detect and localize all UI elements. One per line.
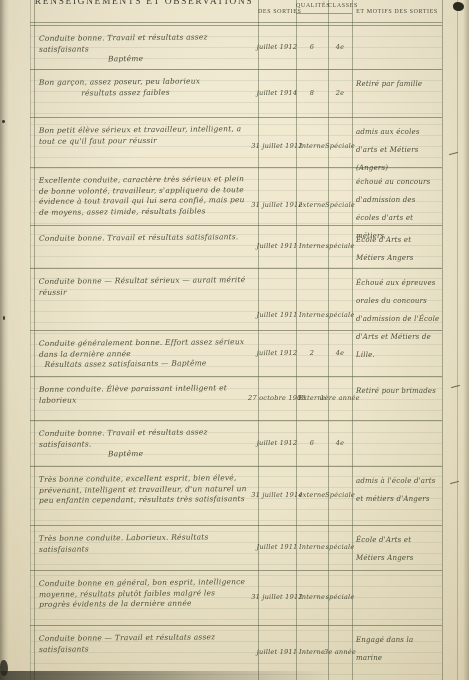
sortie-motif-text: Retiré par famille bbox=[356, 80, 422, 88]
classe-text: Spéciale bbox=[325, 491, 355, 500]
qualite-text: 6 bbox=[310, 439, 314, 448]
observation-text: Conduite bonne — Résultat sérieux — aura… bbox=[39, 275, 248, 298]
observations-cell: Conduite bonne. Travail et résultats ass… bbox=[30, 420, 258, 467]
scan-left-edge-shadow bbox=[0, 0, 9, 680]
sortie-motif-text: École d'Arts et Métiers Angers bbox=[356, 236, 414, 262]
sortie-date-text: juillet 1912 bbox=[257, 349, 297, 358]
sortie-date-text: Juillet 1911 bbox=[256, 543, 297, 552]
sortie-motif-cell: École d'Arts et Métiers Angers bbox=[352, 526, 442, 570]
sortie-date-cell: 27 octobre 1908 bbox=[258, 377, 296, 420]
classe-text: Spéciale bbox=[325, 201, 355, 210]
sortie-motif-text: École d'Arts et Métiers Angers bbox=[356, 536, 414, 562]
sortie-date-cell: juillet 1914 bbox=[258, 70, 296, 117]
classe-text: 4e bbox=[336, 439, 345, 448]
sortie-motif-text: admis à l'école d'arts et métiers d'Ange… bbox=[356, 477, 436, 503]
qualites-column-header: QUALITÉS bbox=[296, 3, 328, 9]
observations-cell: Conduite bonne — Travail et résultats as… bbox=[30, 625, 258, 680]
classes-column-header: CLASSES bbox=[328, 3, 352, 9]
sortie-motif-cell bbox=[352, 571, 442, 625]
table-row: Conduite bonne. Travail et résultats ass… bbox=[30, 421, 442, 467]
table-row: Conduite bonne en général, bon esprit, i… bbox=[30, 571, 442, 626]
classe-cell: Spéciale bbox=[328, 118, 352, 175]
sortie-date-cell: 31 juillet 1912 bbox=[258, 118, 296, 175]
sortie-date-cell: 31 juillet 1912 bbox=[258, 571, 296, 625]
classe-text: spéciale bbox=[326, 311, 355, 320]
classe-cell: 4e bbox=[328, 331, 352, 376]
qualite-cell: 6 bbox=[296, 421, 328, 466]
table-row: Conduite bonne. Travail et résultats sat… bbox=[30, 226, 442, 269]
classe-text: spéciale bbox=[326, 543, 355, 552]
scan-right-edge-shadow bbox=[463, 0, 469, 680]
observations-cell: Bon garçon, assez poseur, peu laborieuxr… bbox=[30, 69, 258, 118]
table-row: Bon garçon, assez poseur, peu laborieuxr… bbox=[30, 70, 442, 118]
sortie-motif-cell: Retiré par famille bbox=[352, 70, 442, 117]
classe-cell: Spéciale bbox=[328, 467, 352, 525]
sortie-date-text: Juillet 1911 bbox=[256, 242, 297, 251]
sortie-date-text: juillet 1912 bbox=[257, 439, 297, 448]
qualite-cell: Interne bbox=[296, 226, 328, 268]
classe-cell: spéciale bbox=[328, 526, 352, 570]
observations-column-header: RENSEIGNEMENTS ET OBSERVATIONS bbox=[30, 0, 258, 7]
observations-cell: Bonne conduite. Élève paraissant intelli… bbox=[30, 376, 258, 421]
sortie-motif-cell: admis aux écoles d'arts et Métiers (Ange… bbox=[352, 118, 442, 175]
observation-text: Bonne conduite. Élève paraissant intelli… bbox=[39, 383, 248, 406]
header-sub-rule bbox=[296, 13, 352, 14]
dates-column-header: DES SORTIES bbox=[258, 9, 296, 15]
observation-text: Bon petit élève sérieux et travailleur, … bbox=[39, 124, 248, 147]
qualite-text: externe bbox=[299, 491, 326, 500]
observation-text: Conduite bonne. Travail et résultats ass… bbox=[39, 32, 248, 55]
qualite-text: 2 bbox=[310, 349, 314, 358]
table-row: Très bonne conduite. Laborieux. Résultat… bbox=[30, 526, 442, 571]
table-header: RENSEIGNEMENTS ET OBSERVATIONS DES SORTI… bbox=[0, 0, 469, 26]
observations-cell: Très bonne conduite, excellent esprit, b… bbox=[30, 466, 258, 526]
register-page: RENSEIGNEMENTS ET OBSERVATIONS DES SORTI… bbox=[0, 0, 469, 680]
motifs-column-header: ET MOTIFS DES SORTIES bbox=[352, 9, 442, 15]
qualite-text: Interne bbox=[299, 311, 325, 320]
classe-text: Spéciale bbox=[325, 142, 355, 151]
observation-text: Baptême bbox=[39, 53, 248, 65]
sortie-date-cell: juillet 1912 bbox=[258, 331, 296, 376]
qualite-cell: 6 bbox=[296, 26, 328, 69]
sortie-motif-text: Retiré pour brimades bbox=[356, 387, 436, 395]
sortie-date-text: juillet 1911 bbox=[257, 648, 297, 657]
qualite-text: Interne bbox=[299, 593, 325, 602]
qualite-text: Interne bbox=[299, 543, 325, 552]
qualite-text: Interne bbox=[299, 648, 325, 657]
observation-text: résultats assez faibles bbox=[39, 87, 248, 99]
sortie-motif-cell: Engagé dans la marine bbox=[352, 626, 442, 680]
sortie-motif-cell: admis à l'école d'arts et métiers d'Ange… bbox=[352, 467, 442, 525]
table-row: Conduite bonne. Travail et résultats ass… bbox=[30, 26, 442, 70]
classe-cell: 2e bbox=[328, 70, 352, 117]
scan-speck-2 bbox=[3, 316, 5, 320]
observations-cell: Très bonne conduite. Laborieux. Résultat… bbox=[30, 525, 258, 571]
qualite-cell: Interne bbox=[296, 571, 328, 625]
qualite-cell: 2 bbox=[296, 331, 328, 376]
header-double-rule-top bbox=[30, 22, 442, 23]
observations-cell: Conduite bonne en général, bon esprit, i… bbox=[30, 570, 258, 626]
table-row: Bon petit élève sérieux et travailleur, … bbox=[30, 118, 442, 168]
qualite-text: Interne bbox=[299, 242, 325, 251]
register-rows: Conduite bonne. Travail et résultats ass… bbox=[30, 26, 442, 680]
scan-speck-1 bbox=[2, 120, 5, 123]
observation-text: Résultats assez satisfaisants — Baptême bbox=[39, 358, 248, 370]
table-row: Conduite généralement bonne. Effort asse… bbox=[30, 331, 442, 377]
observation-text: Conduite bonne en général, bon esprit, i… bbox=[39, 577, 248, 610]
classe-cell: 4e bbox=[328, 26, 352, 69]
sortie-motif-cell: Retiré pour brimades bbox=[352, 377, 442, 420]
qualite-cell: externe bbox=[296, 467, 328, 525]
sortie-motif-cell bbox=[352, 26, 442, 69]
sortie-date-text: Juillet 1911 bbox=[256, 311, 297, 320]
qualite-text: 8 bbox=[310, 89, 314, 98]
sortie-motif-text: admis aux écoles d'arts et Métiers (Ange… bbox=[356, 128, 420, 172]
table-row: Conduite bonne — Travail et résultats as… bbox=[30, 626, 442, 680]
observation-text: Très bonne conduite, excellent esprit, b… bbox=[39, 473, 248, 506]
observation-text: Conduite généralement bonne. Effort asse… bbox=[39, 337, 248, 360]
scan-artifact-bottom-left bbox=[0, 660, 8, 676]
observations-cell: Conduite bonne. Travail et résultats sat… bbox=[30, 225, 258, 269]
table-row: Très bonne conduite, excellent esprit, b… bbox=[30, 467, 442, 526]
observation-text: Conduite bonne. Travail et résultats ass… bbox=[39, 427, 248, 450]
sortie-date-text: juillet 1912 bbox=[257, 43, 297, 52]
sortie-date-cell: Juillet 1911 bbox=[258, 526, 296, 570]
table-row: Excellente conduite, caractère très séri… bbox=[30, 168, 442, 226]
observation-text: Excellente conduite, caractère très séri… bbox=[39, 174, 248, 218]
sortie-motif-cell bbox=[352, 331, 442, 376]
classe-cell: spéciale bbox=[328, 571, 352, 625]
observations-cell: Conduite bonne. Travail et résultats ass… bbox=[30, 25, 258, 70]
sortie-motif-text: Engagé dans la marine bbox=[356, 636, 413, 662]
qualite-text: externe bbox=[299, 201, 326, 210]
classe-text: 4e bbox=[336, 43, 345, 52]
sortie-date-cell: juillet 1911 bbox=[258, 626, 296, 680]
qualite-text: 6 bbox=[310, 43, 314, 52]
table-right-rule bbox=[442, 0, 443, 680]
sortie-date-cell: 31 juillet 1914 bbox=[258, 467, 296, 525]
sortie-date-cell: juillet 1912 bbox=[258, 421, 296, 466]
classe-cell: spéciale bbox=[328, 226, 352, 268]
observation-text: Baptême bbox=[39, 448, 248, 460]
qualite-cell: Interne bbox=[296, 118, 328, 175]
classe-cell: 4e bbox=[328, 421, 352, 466]
sortie-date-cell: juillet 1912 bbox=[258, 26, 296, 69]
classe-cell: 1ère année bbox=[328, 377, 352, 420]
classe-text: 4e bbox=[336, 349, 345, 358]
table-row: Conduite bonne — Résultat sérieux — aura… bbox=[30, 269, 442, 331]
qualite-cell: 8 bbox=[296, 70, 328, 117]
classe-text: spéciale bbox=[326, 242, 355, 251]
classe-text: spéciale bbox=[326, 593, 355, 602]
pen-mark-2 bbox=[451, 385, 460, 388]
observation-text: Très bonne conduite. Laborieux. Résultat… bbox=[39, 532, 248, 555]
sortie-motif-cell bbox=[352, 421, 442, 466]
observation-text: Conduite bonne — Travail et résultats as… bbox=[39, 632, 248, 655]
qualite-text: Interne bbox=[299, 142, 325, 151]
sortie-date-cell: Juillet 1911 bbox=[258, 226, 296, 268]
sortie-motif-cell: École d'Arts et Métiers Angers bbox=[352, 226, 442, 268]
table-row: Bonne conduite. Élève paraissant intelli… bbox=[30, 377, 442, 421]
classe-cell: 3e année bbox=[328, 626, 352, 680]
classe-text: 2e bbox=[336, 89, 345, 98]
sortie-date-text: juillet 1914 bbox=[257, 89, 297, 98]
page-edge-rule bbox=[457, 0, 458, 680]
observation-text: Conduite bonne. Travail et résultats sat… bbox=[39, 232, 248, 244]
observations-cell: Conduite généralement bonne. Effort asse… bbox=[30, 330, 258, 377]
qualite-cell: Interne bbox=[296, 526, 328, 570]
